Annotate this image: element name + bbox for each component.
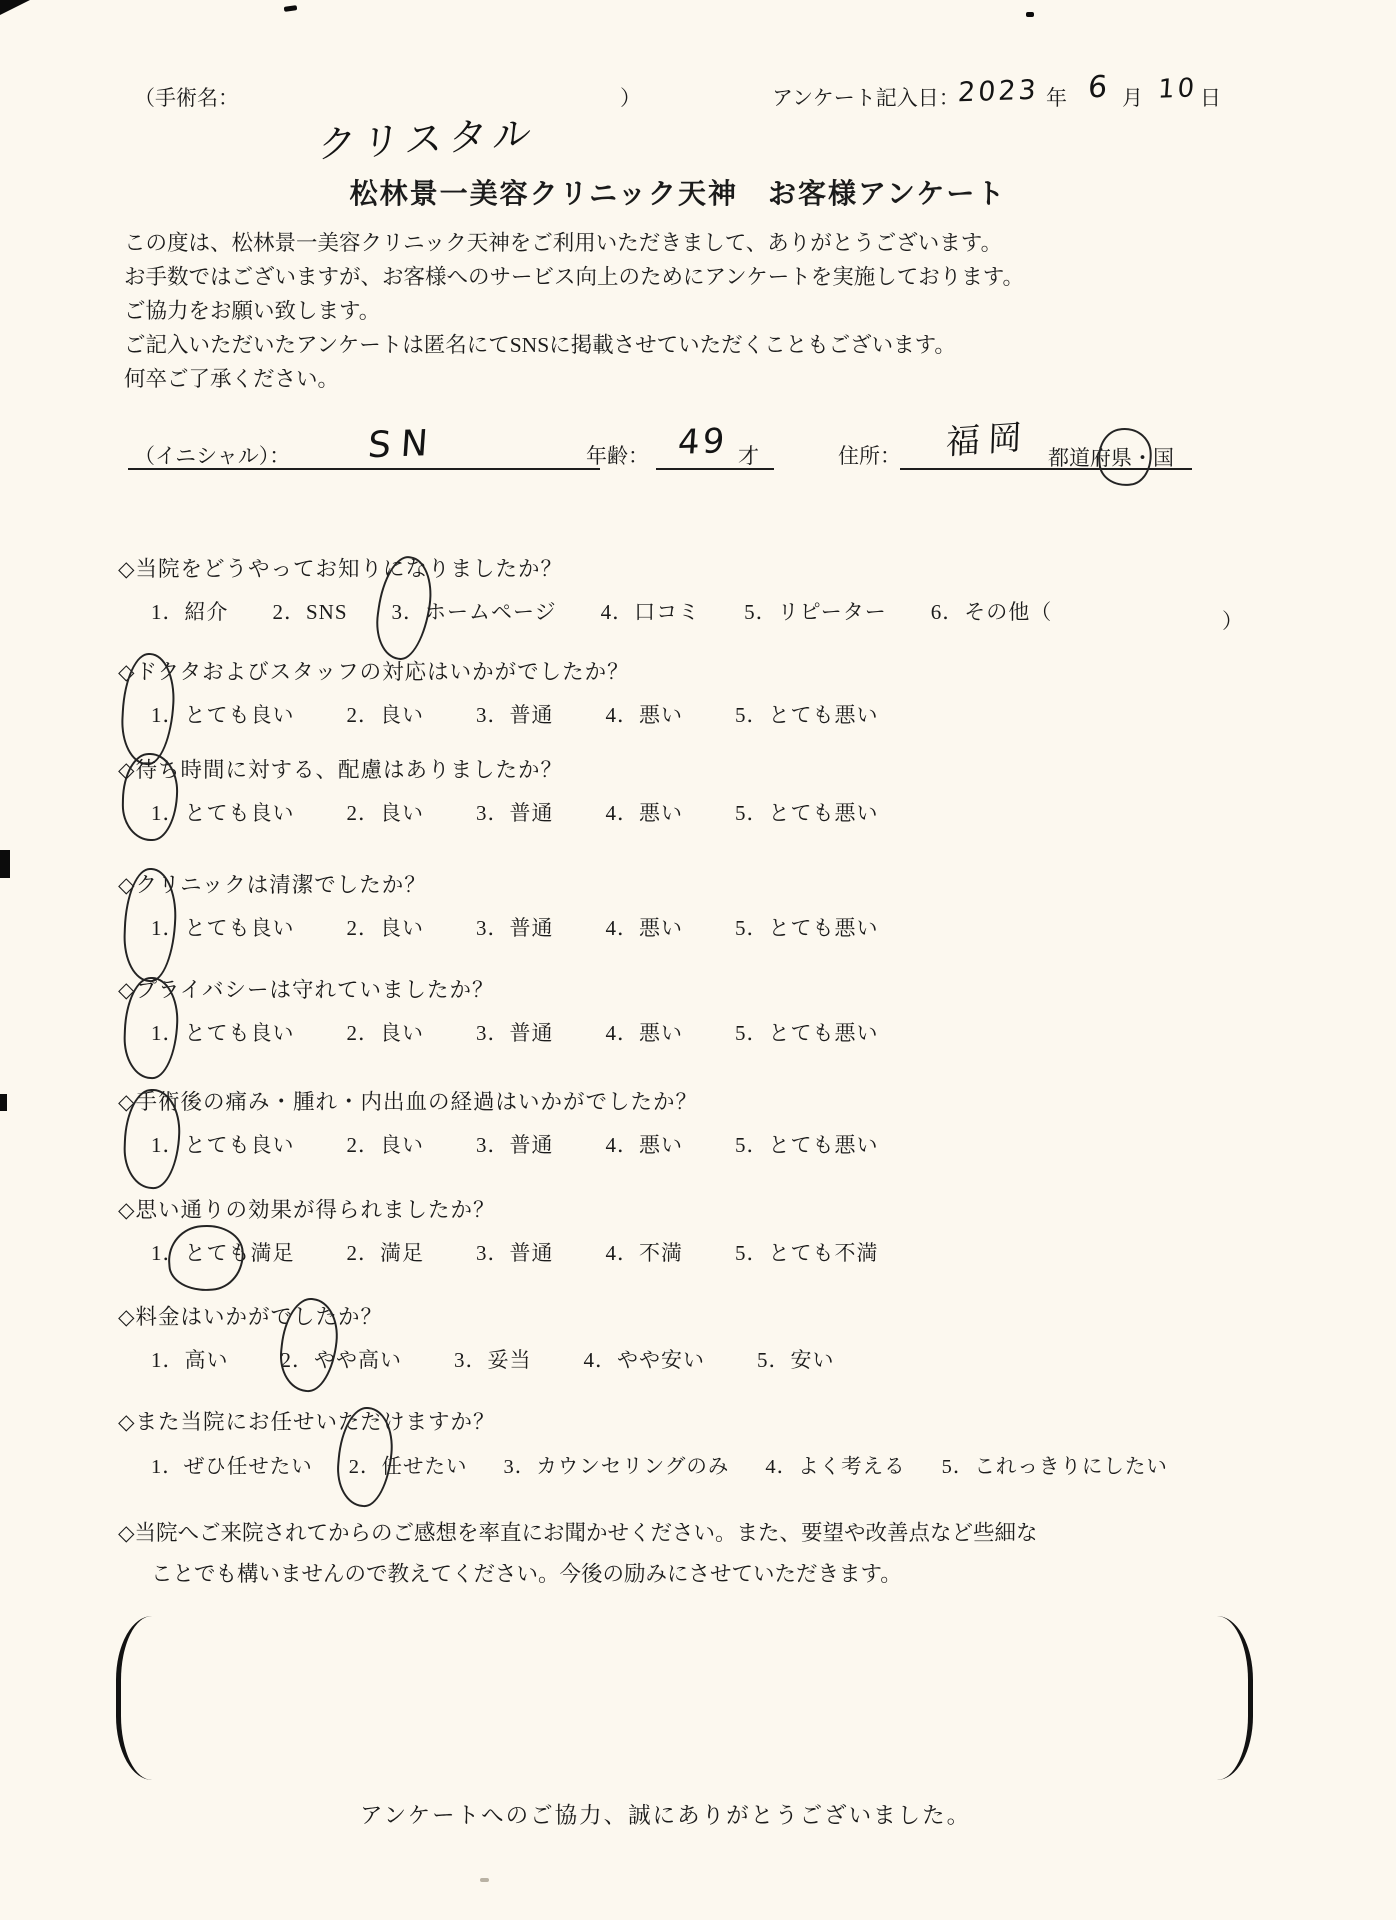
answer-option: 1．ぜひ任せたい bbox=[151, 1449, 313, 1479]
feedback-prompt: ◇当院へご来院されてからのご感想を率直にお聞かせください。また、要望や改善点など… bbox=[118, 1513, 1038, 1595]
comment-bracket-left bbox=[116, 1616, 157, 1780]
intro-paragraph: この度は、松林景一美容クリニック天神をご利用いただきまして、ありがとうございます… bbox=[124, 226, 1024, 396]
question-options: 1．とても良い2．良い3．普通4．悪い5．とても悪い bbox=[118, 1129, 1358, 1159]
question-options: 1．とても良い2．良い3．普通4．悪い5．とても悪い bbox=[118, 699, 1358, 729]
question-options: 1．ぜひ任せたい2．任せたい3．カウンセリングのみ4．よく考える5．これっきりに… bbox=[118, 1449, 1358, 1479]
survey-scan-page: （手術名： ） アンケート記入日： 2023 年 6 月 10 日 クリスタル … bbox=[0, 0, 1396, 1920]
handwritten-initial: SN bbox=[367, 423, 440, 467]
handwritten-age: 49 bbox=[677, 421, 729, 463]
answer-option: 1．紹介 bbox=[151, 596, 229, 626]
question-options: 1．とても良い2．良い3．普通4．悪い5．とても悪い bbox=[118, 1017, 1358, 1047]
answer-option: 4．不満 bbox=[606, 1237, 684, 1267]
address-label: 住所： bbox=[838, 440, 901, 470]
intro-line: ご記入いただいたアンケートは匿名にてSNSに掲載させていただくこともございます。 bbox=[124, 328, 1024, 362]
surgery-close-paren: ） bbox=[620, 82, 641, 112]
feedback-line: ことでも構いませんので教えてください。今後の励みにさせていただきます。 bbox=[118, 1554, 1038, 1595]
scan-artifact bbox=[284, 5, 298, 12]
question-heading: ◇待ち時間に対する、配慮はありましたか？ bbox=[118, 753, 1358, 784]
handwritten-circle-answer bbox=[121, 753, 179, 842]
question-options: 1．とても良い2．良い3．普通4．悪い5．とても悪い bbox=[118, 912, 1358, 942]
month-unit: 月 bbox=[1122, 82, 1143, 112]
question-heading: ◇クリニックは清潔でしたか？ bbox=[118, 868, 1358, 899]
comment-bracket-right bbox=[1212, 1616, 1253, 1780]
handwritten-surgery-name: クリスタル bbox=[316, 102, 540, 169]
initial-label: （イニシャル）： bbox=[134, 440, 290, 470]
question-post-surgery: ◇手術後の痛み・腫れ・内出血の経過はいかがでしたか？ 1．とても良い2．良い3．… bbox=[118, 1085, 1358, 1159]
answer-option: 5．とても悪い bbox=[735, 699, 879, 729]
handwritten-month: 6 bbox=[1087, 70, 1112, 106]
answer-option: 4．悪い bbox=[606, 1017, 684, 1047]
question-heading: ◇プライバシーは守れていましたか？ bbox=[118, 973, 1358, 1004]
answer-option: 2．良い bbox=[347, 699, 425, 729]
answer-option: 2．良い bbox=[347, 1129, 425, 1159]
question-heading: ◇当院をどうやってお知りになりましたか？ bbox=[118, 552, 1358, 583]
answer-option: 4．よく考える bbox=[765, 1449, 905, 1479]
question-wait-time: ◇待ち時間に対する、配慮はありましたか？ 1．とても良い2．良い3．普通4．悪い… bbox=[118, 753, 1358, 827]
other-close-paren: ） bbox=[1222, 605, 1243, 635]
scan-artifact bbox=[1026, 12, 1034, 17]
age-unit: 才 bbox=[738, 440, 759, 470]
age-label: 年齢： bbox=[586, 440, 649, 470]
answer-option: 3．普通 bbox=[476, 1017, 554, 1047]
question-cleanliness: ◇クリニックは清潔でしたか？ 1．とても良い2．良い3．普通4．悪い5．とても悪… bbox=[118, 868, 1358, 942]
question-heading: ◇思い通りの効果が得られましたか？ bbox=[118, 1193, 1358, 1224]
handwritten-circle-region bbox=[1095, 425, 1155, 488]
answer-option: 5．とても悪い bbox=[735, 1129, 879, 1159]
answer-option: 2．良い bbox=[347, 1017, 425, 1047]
answer-option: 6．その他（ bbox=[931, 596, 1053, 626]
question-return-intent: ◇また当院にお任せいただけますか？ 1．ぜひ任せたい2．任せたい3．カウンセリン… bbox=[118, 1405, 1358, 1479]
answer-option: 5．とても悪い bbox=[735, 797, 879, 827]
question-options: 1．とても満足2．満足3．普通4．不満5．とても不満 bbox=[118, 1237, 1358, 1267]
answer-option: 1．高い bbox=[151, 1344, 229, 1374]
answer-option: 4．悪い bbox=[606, 797, 684, 827]
answer-option: 4．口コミ bbox=[601, 596, 701, 626]
answer-option: 4．悪い bbox=[606, 1129, 684, 1159]
handwritten-circle-answer bbox=[166, 1222, 246, 1293]
question-privacy: ◇プライバシーは守れていましたか？ 1．とても良い2．良い3．普通4．悪い5．と… bbox=[118, 973, 1358, 1047]
intro-line: ご協力をお願い致します。 bbox=[124, 294, 1024, 328]
scan-artifact bbox=[0, 850, 10, 878]
day-unit: 日 bbox=[1200, 82, 1221, 112]
answer-option: 3．普通 bbox=[476, 1129, 554, 1159]
initial-underline bbox=[128, 468, 600, 470]
intro-line: 何卒ご了承ください。 bbox=[124, 362, 1024, 396]
answer-option: 3．普通 bbox=[476, 912, 554, 942]
intro-line: お手数ではございますが、お客様へのサービス向上のためにアンケートを実施しておりま… bbox=[124, 260, 1024, 294]
answer-option: 5．とても不満 bbox=[735, 1237, 879, 1267]
intro-line: この度は、松林景一美容クリニック天神をご利用いただきまして、ありがとうございます… bbox=[124, 226, 1024, 260]
feedback-line: ◇当院へご来院されてからのご感想を率直にお聞かせください。また、要望や改善点など… bbox=[118, 1513, 1038, 1554]
question-heading: ◇ドクタおよびスタッフの対応はいかがでしたか？ bbox=[118, 655, 1358, 686]
answer-option: 5．リピーター bbox=[744, 596, 887, 626]
question-price: ◇料金はいかがでしたか？ 1．高い2．やや高い3．妥当4．やや安い5．安い bbox=[118, 1300, 1358, 1374]
question-options: 1．紹介2．SNS3．ホームページ4．口コミ5．リピーター6．その他（ bbox=[118, 596, 1358, 626]
answer-option: 5．とても悪い bbox=[735, 1017, 879, 1047]
answer-option: 4．やや安い bbox=[584, 1344, 706, 1374]
surgery-name-label: （手術名： bbox=[134, 82, 239, 112]
answer-option: 5．とても悪い bbox=[735, 912, 879, 942]
answer-option: 5．安い bbox=[757, 1344, 835, 1374]
form-title: 松林景一美容クリニック天神 お客様アンケート bbox=[0, 172, 1396, 212]
handwritten-address: 福岡 bbox=[945, 409, 1031, 464]
year-unit: 年 bbox=[1046, 82, 1067, 112]
question-how-found: ◇当院をどうやってお知りになりましたか？ 1．紹介2．SNS3．ホームページ4．… bbox=[118, 552, 1358, 626]
scan-artifact bbox=[0, 1094, 7, 1111]
answer-option: 3．カウンセリングのみ bbox=[504, 1449, 730, 1479]
answer-option: 4．悪い bbox=[606, 912, 684, 942]
question-options: 1．とても良い2．良い3．普通4．悪い5．とても悪い bbox=[118, 797, 1358, 827]
answer-option: 2．SNS bbox=[273, 596, 348, 626]
answer-option: 4．悪い bbox=[606, 699, 684, 729]
answer-option: 3．普通 bbox=[476, 699, 554, 729]
question-heading: ◇また当院にお任せいただけますか？ bbox=[118, 1405, 1358, 1436]
answer-option: 2．満足 bbox=[347, 1237, 425, 1267]
scan-artifact bbox=[480, 1878, 489, 1882]
answer-option: 2．良い bbox=[347, 912, 425, 942]
comment-area bbox=[160, 1640, 1200, 1760]
handwritten-year: 2023 bbox=[957, 75, 1040, 109]
question-heading: ◇手術後の痛み・腫れ・内出血の経過はいかがでしたか？ bbox=[118, 1085, 1358, 1116]
profile-row: （イニシャル）： SN 年齢： 49 才 住所： 福岡 都道府県・国 bbox=[0, 436, 1396, 496]
scan-artifact bbox=[0, 0, 30, 15]
answer-option: 3．普通 bbox=[476, 797, 554, 827]
question-desired-effect: ◇思い通りの効果が得られましたか？ 1．とても満足2．満足3．普通4．不満5．と… bbox=[118, 1193, 1358, 1267]
footer-thanks: アンケートへのご協力、誠にありがとうございました。 bbox=[360, 1798, 971, 1830]
answer-option: 5．これっきりにしたい bbox=[942, 1449, 1168, 1479]
age-underline bbox=[656, 468, 774, 470]
answer-option: 3．妥当 bbox=[454, 1344, 532, 1374]
handwritten-day: 10 bbox=[1157, 73, 1198, 104]
answer-option: 3．普通 bbox=[476, 1237, 554, 1267]
answer-option: 2．良い bbox=[347, 797, 425, 827]
survey-date-label: アンケート記入日： bbox=[772, 82, 960, 112]
question-staff-response: ◇ドクタおよびスタッフの対応はいかがでしたか？ 1．とても良い2．良い3．普通4… bbox=[118, 655, 1358, 729]
